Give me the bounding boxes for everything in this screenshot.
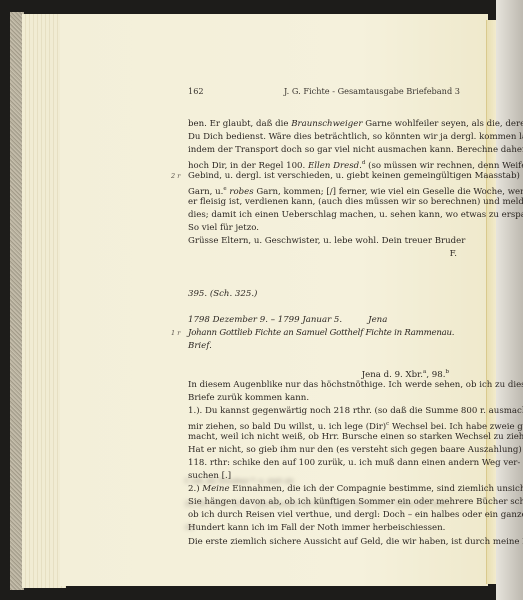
text-line: Hat er nicht, so gieb ihm nur den (es ve… [188, 444, 463, 457]
text-line: Grüsse Eltern, u. Geschwister, u. lebe w… [188, 235, 463, 248]
text-line: Garn, u.e robes Garn, kommen; [/] ferner… [188, 183, 463, 196]
text-line: dies; damit ich einen Ueberschlag machen… [188, 209, 463, 222]
footnote-line: f: üdL die Dresdner *: u. statt als [185, 470, 455, 493]
text-line: Du Dich bedienst. Wäre dies beträchtlich… [188, 131, 463, 144]
entry-correspondents: Johann Gottlieb Fichte an Samuel Gotthel… [188, 327, 463, 340]
text-line: macht, weil ich nicht weiß, ob Hrr. Burs… [188, 431, 463, 444]
text-line: Gebind, u. dergl. ist verschieden, u. gi… [188, 170, 463, 183]
letter-end: ben. Er glaubt, daß die Braunschweiger G… [188, 118, 463, 248]
folio-marker: 1 r [171, 327, 180, 340]
text-line: So viel für jetzo. [188, 222, 463, 235]
folio-marker: 2 r [171, 170, 180, 183]
text-line: er fleisig ist, verdienen kann, (auch di… [188, 196, 463, 209]
footnote-line: Zu 395: (Sch. 325.) ¹ Jahresbrauch die D… [185, 493, 455, 539]
entry-number: 395. (Sch. 325.) [188, 288, 463, 301]
running-title: J. G. Fichte - Gesamtausgabe Briefeband … [284, 86, 460, 96]
letter-dateline: Jena d. 9. Xbr.a, 98.b [188, 366, 463, 379]
entry-type: Brief. [188, 340, 463, 353]
text-line: indem der Transport doch so gar viel nic… [188, 144, 463, 157]
text-line: Briefe zurük kommen kann. [188, 392, 463, 405]
text-line: ben. Er glaubt, daß die Braunschweiger G… [188, 118, 463, 131]
text-line: 1.). Du kannst gegenwärtig noch 218 rthr… [188, 405, 463, 418]
entry-date-line: 1798 Dezember 9. – 1799 Januar 5.Jena [188, 314, 463, 327]
text-line: mir ziehen, so bald Du willst, u. ich le… [188, 418, 463, 431]
signature: F. [188, 248, 463, 261]
footnotes-blurred: f: üdL die Dresdner *: u. statt als Zu 3… [185, 470, 455, 539]
text-line: hoch Dir, in der Regel 100. Ellen Dresd.… [188, 157, 463, 170]
text-line: 118. rthr: schike den auf 100 zurük, u. … [188, 457, 463, 470]
entry-date: 1798 Dezember 9. – 1799 Januar 5. [188, 315, 342, 325]
entry-place: Jena [368, 315, 387, 325]
page-number: 162 [188, 86, 204, 96]
text-line: In diesem Augenblike nur das höchstnöthi… [188, 379, 463, 392]
